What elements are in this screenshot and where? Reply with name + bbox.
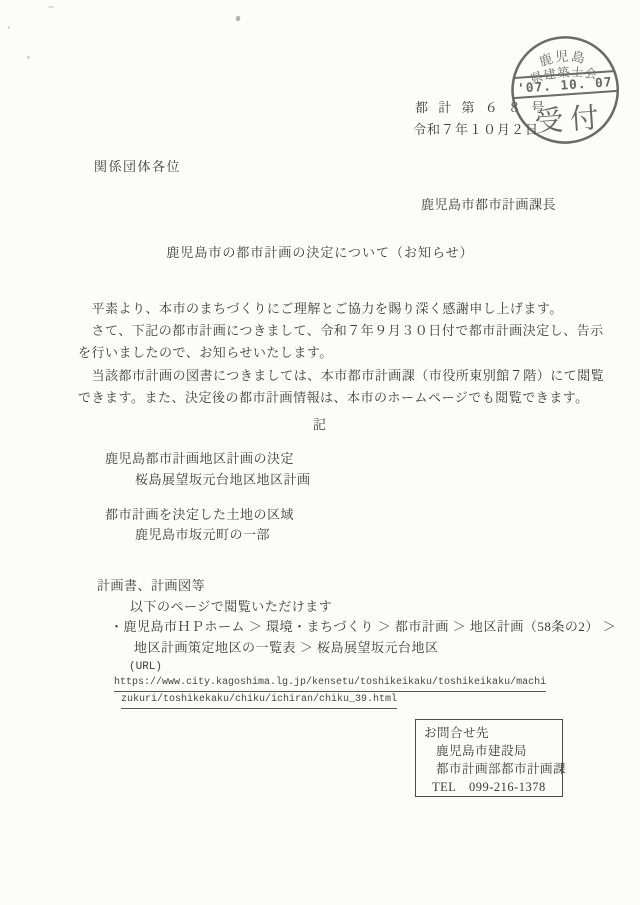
reception-stamp-graphic: 鹿児島 県建築士会 '07. 10. 07 受付 <box>502 25 628 151</box>
contact-heading: お問合せ先 <box>424 724 562 742</box>
documents-note: 以下のページで閲覧いただけます <box>130 598 332 616</box>
body-line: 平素より、本市のまちづくりにご理解とご協力を賜り深く感謝申し上げます。 <box>78 298 578 320</box>
breadcrumb-line1: ・鹿児島市ＨＰホーム ＞ 環境・まちづくり ＞ 都市計画 ＞ 地区計画（58条の… <box>110 618 616 636</box>
scan-speck <box>8 26 10 29</box>
documents-heading: 計画書、計画図等 <box>97 577 205 595</box>
contact-org1: 鹿児島市建設局 <box>436 742 562 760</box>
contact-org2: 都市計画部都市計画課 <box>436 760 562 778</box>
breadcrumb-line2: 地区計画策定地区の一覧表 ＞ 桜島展望坂元台地区 <box>134 639 439 657</box>
url-link-line2[interactable]: zukuri/toshikekaku/chiku/ichiran/chiku_3… <box>121 693 397 709</box>
section2-detail: 鹿児島市坂元町の一部 <box>135 526 270 544</box>
reception-stamp: 鹿児島 県建築士会 '07. 10. 07 受付 <box>502 25 628 151</box>
contact-tel: TEL 099-216-1378 <box>432 778 562 796</box>
body-line: を行いましたので、お知らせいたします。 <box>78 342 578 364</box>
url-label: (URL) <box>129 660 162 675</box>
url-link-line1[interactable]: https://www.city.kagoshima.lg.jp/kensetu… <box>114 676 546 692</box>
body-line: 当該都市計画の図書につきましては、本市都市計画課（市役所東別館７階）にて閲覧 <box>78 365 578 387</box>
scanned-letter-page: 都 計 第 ６ ８ 号 令和７年１０月２日 関係団体各位 鹿児島市都市計画課長 … <box>0 0 640 905</box>
record-marker: 記 <box>0 416 640 434</box>
scan-speck <box>27 56 30 59</box>
contact-box: お問合せ先 鹿児島市建設局 都市計画部都市計画課 TEL 099-216-137… <box>415 719 563 797</box>
body-line: さて、下記の都市計画につきまして、令和７年９月３０日付で都市計画決定し、告示 <box>78 320 578 342</box>
scan-speck <box>48 6 54 8</box>
body-line: できます。また、決定後の都市計画情報は、本市のホームページでも閲覧できます。 <box>78 387 578 409</box>
section2-heading: 都市計画を決定した土地の区域 <box>105 506 294 524</box>
scan-speck <box>235 16 240 22</box>
letter-body: 平素より、本市のまちづくりにご理解とご協力を賜り深く感謝申し上げます。 さて、下… <box>78 298 578 409</box>
sender-name: 鹿児島市都市計画課長 <box>421 196 556 214</box>
section1-heading: 鹿児島都市計画地区計画の決定 <box>105 450 294 468</box>
letter-title: 鹿児島市の都市計画の決定について（お知らせ） <box>0 244 640 262</box>
section1-detail: 桜島展望坂元台地区地区計画 <box>135 471 311 489</box>
addressee: 関係団体各位 <box>94 158 181 176</box>
stamp-received-label: 受付 <box>534 102 607 139</box>
